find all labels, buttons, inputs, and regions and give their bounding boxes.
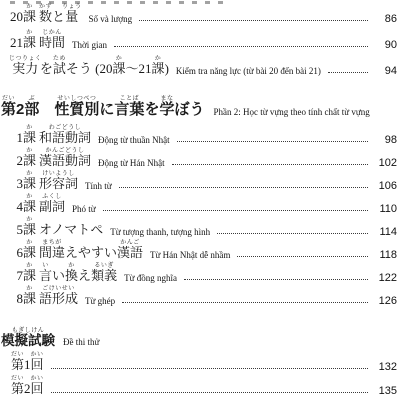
furigana-ruby: 課か [23, 291, 36, 306]
page-number: 114 [373, 226, 397, 238]
section-title: 模擬試験もぎしけん [1, 328, 55, 349]
vietnamese-subtitle: Từ ghép [85, 296, 115, 306]
section-heading: 模擬試験もぎしけんĐề thi thử [0, 323, 400, 349]
furigana-ruby: 課か [23, 176, 36, 191]
furigana-ruby: 課か [23, 153, 36, 168]
dot-leader [119, 187, 368, 188]
furigana-ruby: 回かい [31, 381, 44, 396]
lesson-number: 20課か [9, 4, 36, 25]
entry-title: 第だい1回かい [11, 352, 44, 373]
entry-title: 時間じかん [39, 30, 65, 51]
furigana-ruby: 第だい [11, 381, 24, 396]
furigana-ruby: 学まな [159, 101, 174, 118]
furigana-ruby: 模擬試験もぎしけん [1, 333, 55, 348]
table-of-contents-page: 20課か数かずと量りょうSố và lượng8621課か時間じかんThời g… [0, 0, 400, 400]
furigana-ruby: 実力じつりょく [9, 61, 40, 76]
furigana-ruby: 課か [23, 9, 36, 24]
furigana-ruby: 語形成ごけいせい [39, 291, 78, 306]
furigana-ruby: 第だい [1, 101, 16, 118]
lesson-number: 21課か [9, 30, 36, 51]
furigana-ruby: 課か [23, 245, 36, 260]
entry-title: 語形成ごけいせい [39, 286, 78, 307]
dot-leader [172, 164, 368, 165]
toc-row: 1課か和語動詞わごどうしĐộng từ thuần Nhật98 [0, 123, 400, 146]
dot-leader [177, 141, 368, 142]
toc-row: 5課かオノマトペTừ tượng thanh, tượng hình114 [0, 215, 400, 238]
furigana-ruby: 課か [23, 35, 36, 50]
dot-leader [237, 256, 368, 257]
dot-leader [122, 302, 368, 303]
furigana-ruby: 換か [65, 268, 78, 283]
vietnamese-subtitle: Đề thi thử [63, 337, 99, 347]
furigana-ruby: 漢語かんご [117, 245, 143, 260]
furigana-ruby: 形容詞けいようし [39, 176, 78, 191]
dot-leader [217, 233, 368, 234]
page-number: 118 [373, 249, 397, 261]
lesson-number: 8課か [9, 286, 36, 307]
page-number: 98 [373, 134, 397, 146]
vietnamese-subtitle: Số và lượng [89, 14, 133, 24]
furigana-ruby: 試ため [53, 61, 66, 76]
entry-title: 形容詞けいようし [39, 171, 78, 192]
lesson-number: 4課か [9, 194, 36, 215]
toc-row: 第だい2回かい135 [0, 373, 400, 397]
furigana-ruby: 量りょう [65, 9, 82, 24]
page-number: 122 [373, 272, 397, 284]
entry-title: 漢語動詞かんごどうし [39, 148, 91, 169]
lesson-number: 1課か [9, 125, 36, 146]
entry-title: 副詞ふくし [39, 194, 65, 215]
page-number: 132 [373, 361, 397, 373]
entry-title: 第だい2回かい [11, 376, 44, 397]
toc-row: 6課か間違まちがえやすい漢語かんごTừ Hán Nhật dễ nhầm118 [0, 238, 400, 261]
dot-leader [184, 279, 368, 280]
entry-title: 間違まちがえやすい漢語かんご [39, 240, 143, 261]
page-number: 106 [373, 180, 397, 192]
furigana-ruby: 類義るいぎ [91, 268, 117, 283]
dot-leader [139, 20, 368, 21]
vietnamese-subtitle: Động từ thuần Nhật [98, 135, 170, 145]
furigana-ruby: 性質別せいしつべつ [54, 101, 99, 118]
lesson-number: 6課か [9, 240, 36, 261]
lesson-number: 5課か [9, 217, 36, 238]
furigana-ruby: 和語動詞わごどうし [39, 130, 91, 145]
entry-title: 実力じつりょくを試ためそう (20課か〜21課か) [9, 56, 169, 77]
furigana-ruby: 言い [39, 268, 52, 283]
furigana-ruby: 間違まちが [39, 245, 65, 260]
furigana-ruby: 時間じかん [39, 35, 65, 50]
toc-row: 8課か語形成ごけいせいTừ ghép126 [0, 284, 400, 307]
furigana-ruby: 部ぶ [24, 101, 39, 118]
vietnamese-subtitle: Động từ Hán Nhật [98, 158, 165, 168]
furigana-ruby: 漢語動詞かんごどうし [39, 153, 91, 168]
lesson-number: 3課か [9, 171, 36, 192]
page-number: 90 [373, 39, 397, 51]
furigana-ruby: 課か [113, 61, 126, 76]
page-number: 102 [373, 157, 397, 169]
furigana-ruby: 課か [23, 268, 36, 283]
toc-row: 3課か形容詞けいようしTính từ106 [0, 169, 400, 192]
furigana-ruby: 課か [152, 61, 165, 76]
section-heading: 第だい2部ぶ 性質別せいしつべつに言葉ことばを学まなぼうPhần 2: Học … [0, 91, 400, 119]
lesson-number: 7課か [9, 263, 36, 284]
dot-leader [51, 392, 368, 393]
vietnamese-subtitle: Phó từ [72, 204, 96, 214]
toc-row: 4課か副詞ふくしPhó từ110 [0, 192, 400, 215]
furigana-ruby: 副詞ふくし [39, 199, 65, 214]
vietnamese-subtitle: Thời gian [72, 40, 107, 50]
page-number: 94 [373, 65, 397, 77]
furigana-ruby: 回かい [31, 357, 44, 372]
page-number: 126 [373, 295, 397, 307]
furigana-ruby: 課か [23, 199, 36, 214]
dot-leader [328, 72, 368, 73]
toc-row: 7課か言いい換かえ類義るいぎTừ đồng nghĩa122 [0, 261, 400, 284]
dot-leader [103, 210, 368, 211]
entry-title: 数かずと量りょう [39, 4, 82, 25]
clipped-previous-line [0, 0, 400, 5]
furigana-ruby: 課か [23, 130, 36, 145]
vietnamese-subtitle: Từ Hán Nhật dễ nhầm [150, 250, 230, 260]
furigana-ruby: 言葉ことば [114, 101, 144, 118]
page-number: 135 [373, 385, 397, 397]
furigana-ruby: 数かず [39, 9, 52, 24]
entry-title: 言いい換かえ類義るいぎ [39, 263, 117, 284]
page-number: 86 [373, 13, 397, 25]
vietnamese-subtitle: Từ đồng nghĩa [124, 273, 177, 283]
toc-row: 21課か時間じかんThời gian90 [0, 25, 400, 51]
furigana-ruby: 第だい [11, 357, 24, 372]
vietnamese-subtitle: Kiểm tra năng lực (từ bài 20 đến bài 21) [176, 66, 321, 76]
toc-row: 実力じつりょくを試ためそう (20課か〜21課か)Kiểm tra năng l… [0, 51, 400, 77]
entry-title: オノマトペ [39, 219, 103, 238]
toc-row: 第だい1回かい132 [0, 349, 400, 373]
section-title: 第だい2部ぶ 性質別せいしつべつに言葉ことばを学まなぼう [1, 96, 204, 119]
vietnamese-subtitle: Tính từ [85, 181, 112, 191]
toc-row: 20課か数かずと量りょうSố và lượng86 [0, 5, 400, 25]
entry-title: 和語動詞わごどうし [39, 125, 91, 146]
vietnamese-subtitle: Từ tượng thanh, tượng hình [110, 227, 210, 237]
toc-row: 2課か漢語動詞かんごどうしĐộng từ Hán Nhật102 [0, 146, 400, 169]
vietnamese-subtitle: Phần 2: Học từ vựng theo tính chất từ vự… [213, 107, 369, 117]
page-number: 110 [373, 203, 397, 215]
lesson-number: 2課か [9, 148, 36, 169]
dot-leader [51, 368, 368, 369]
furigana-ruby: 課か [23, 222, 36, 237]
dot-leader [114, 46, 368, 47]
